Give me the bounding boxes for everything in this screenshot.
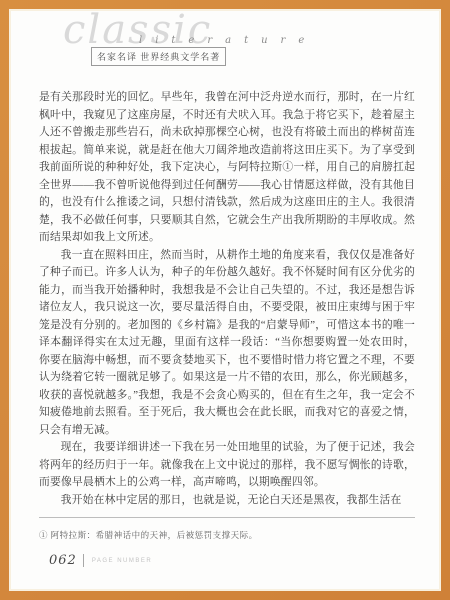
footnote-text: ① 阿特拉斯：希腊神话中的天神，后被惩罚支撑天际。: [39, 529, 415, 541]
header-script-literature: literature: [139, 35, 317, 46]
series-label: 名家名译 世界经典文学名著: [91, 47, 226, 66]
page-header: classic literature 名家名译 世界经典文学名著: [11, 11, 439, 83]
paragraph: 我一直在照料田庄，然而当时，从耕作土地的角度来看，我仅仅是准备好了种子而已。许多…: [39, 247, 415, 440]
footnote-divider: [39, 517, 415, 518]
page-footer: 062 PAGE NUMBER: [49, 553, 152, 568]
page-number: 062: [49, 553, 77, 568]
footer-caption: PAGE NUMBER: [92, 558, 152, 564]
article-body: 是有关那段时光的回忆。早些年，我曾在河中泛舟逆水而行，那时，在一片红枫叶中，我窥…: [39, 89, 415, 509]
paragraph-continuation: 是有关那段时光的回忆。早些年，我曾在河中泛舟逆水而行，那时，在一片红枫叶中，我窥…: [39, 89, 415, 247]
footer-divider-line: [83, 554, 84, 567]
paragraph: 现在，我要详细讲述一下我在另一处田地里的试验，为了便于记述，我会将两年的经历归于…: [39, 439, 415, 492]
page-frame: classic literature 名家名译 世界经典文学名著 是有关那段时光…: [0, 0, 450, 600]
book-page: classic literature 名家名译 世界经典文学名著 是有关那段时光…: [9, 9, 441, 591]
paragraph: 我开始在林中定居的那日，也就是说，无论白天还是黑夜，我都生活在: [39, 492, 415, 510]
